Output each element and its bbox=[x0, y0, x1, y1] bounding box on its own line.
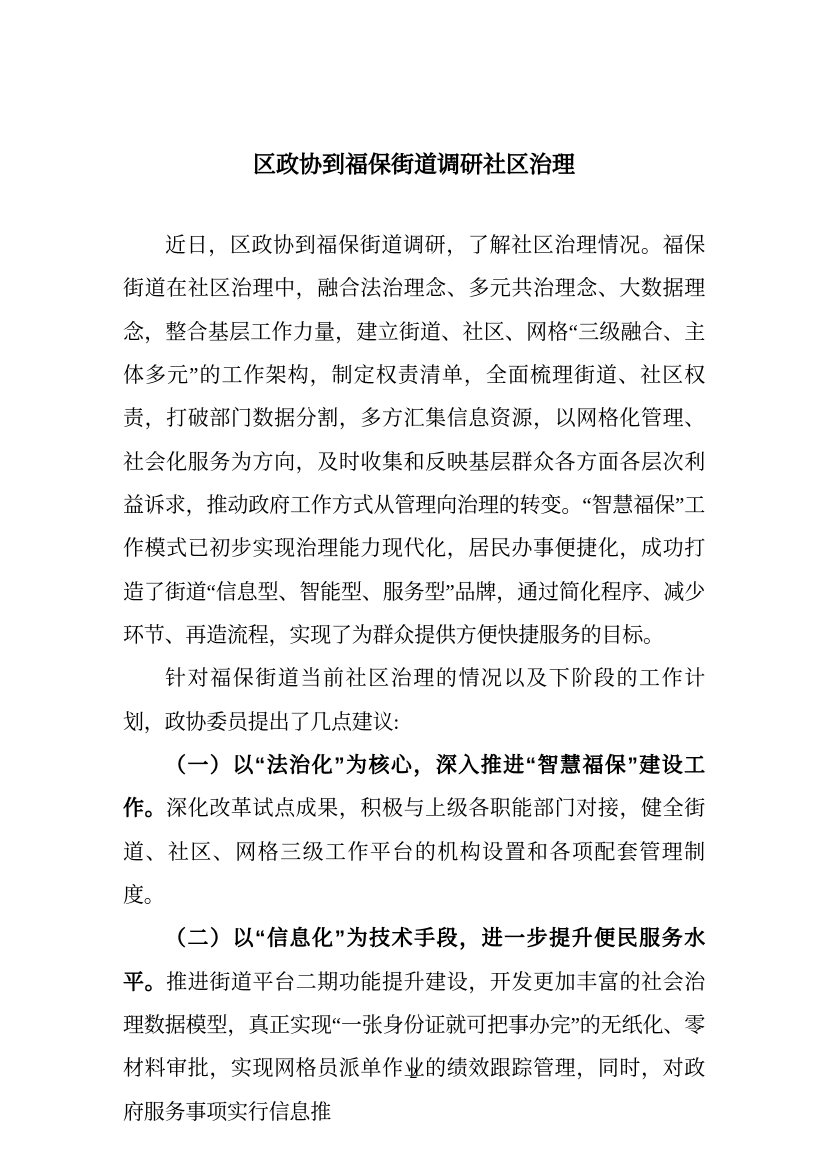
paragraph: （一）以“法治化”为核心，深入推进“智慧福保”建设工作。深化改革试点成果，积极与… bbox=[123, 744, 705, 917]
paragraph-text: 深化改革试点成果，积极与上级各职能部门对接，健全街道、社区、网格三级工作平台的机… bbox=[123, 796, 705, 907]
paragraph: 针对福保街道当前社区治理的情况以及下阶段的工作计划，政协委员提出了几点建议: bbox=[123, 657, 705, 744]
document-content: 区政协到福保街道调研社区治理 近日，区政协到福保街道调研，了解社区治理情况。福保… bbox=[123, 147, 705, 1134]
paragraph-text: 推进街道平台二期功能提升建设，开发更加丰富的社会治理数据模型，真正实现“一张身份… bbox=[123, 970, 705, 1124]
page-number: 2 bbox=[0, 1064, 827, 1084]
paragraph-text: 针对福保街道当前社区治理的情况以及下阶段的工作计划，政协委员提出了几点建议: bbox=[123, 666, 705, 733]
paragraph: 近日，区政协到福保街道调研，了解社区治理情况。福保街道在社区治理中，融合法治理念… bbox=[123, 224, 705, 657]
paragraph-text: 近日，区政协到福保街道调研，了解社区治理情况。福保街道在社区治理中，融合法治理念… bbox=[123, 233, 705, 647]
paragraph: （二）以“信息化”为技术手段，进一步提升便民服务水平。推进街道平台二期功能提升建… bbox=[123, 917, 705, 1134]
document-page: 区政协到福保街道调研社区治理 近日，区政协到福保街道调研，了解社区治理情况。福保… bbox=[0, 0, 827, 1169]
page-title: 区政协到福保街道调研社区治理 bbox=[123, 147, 705, 183]
